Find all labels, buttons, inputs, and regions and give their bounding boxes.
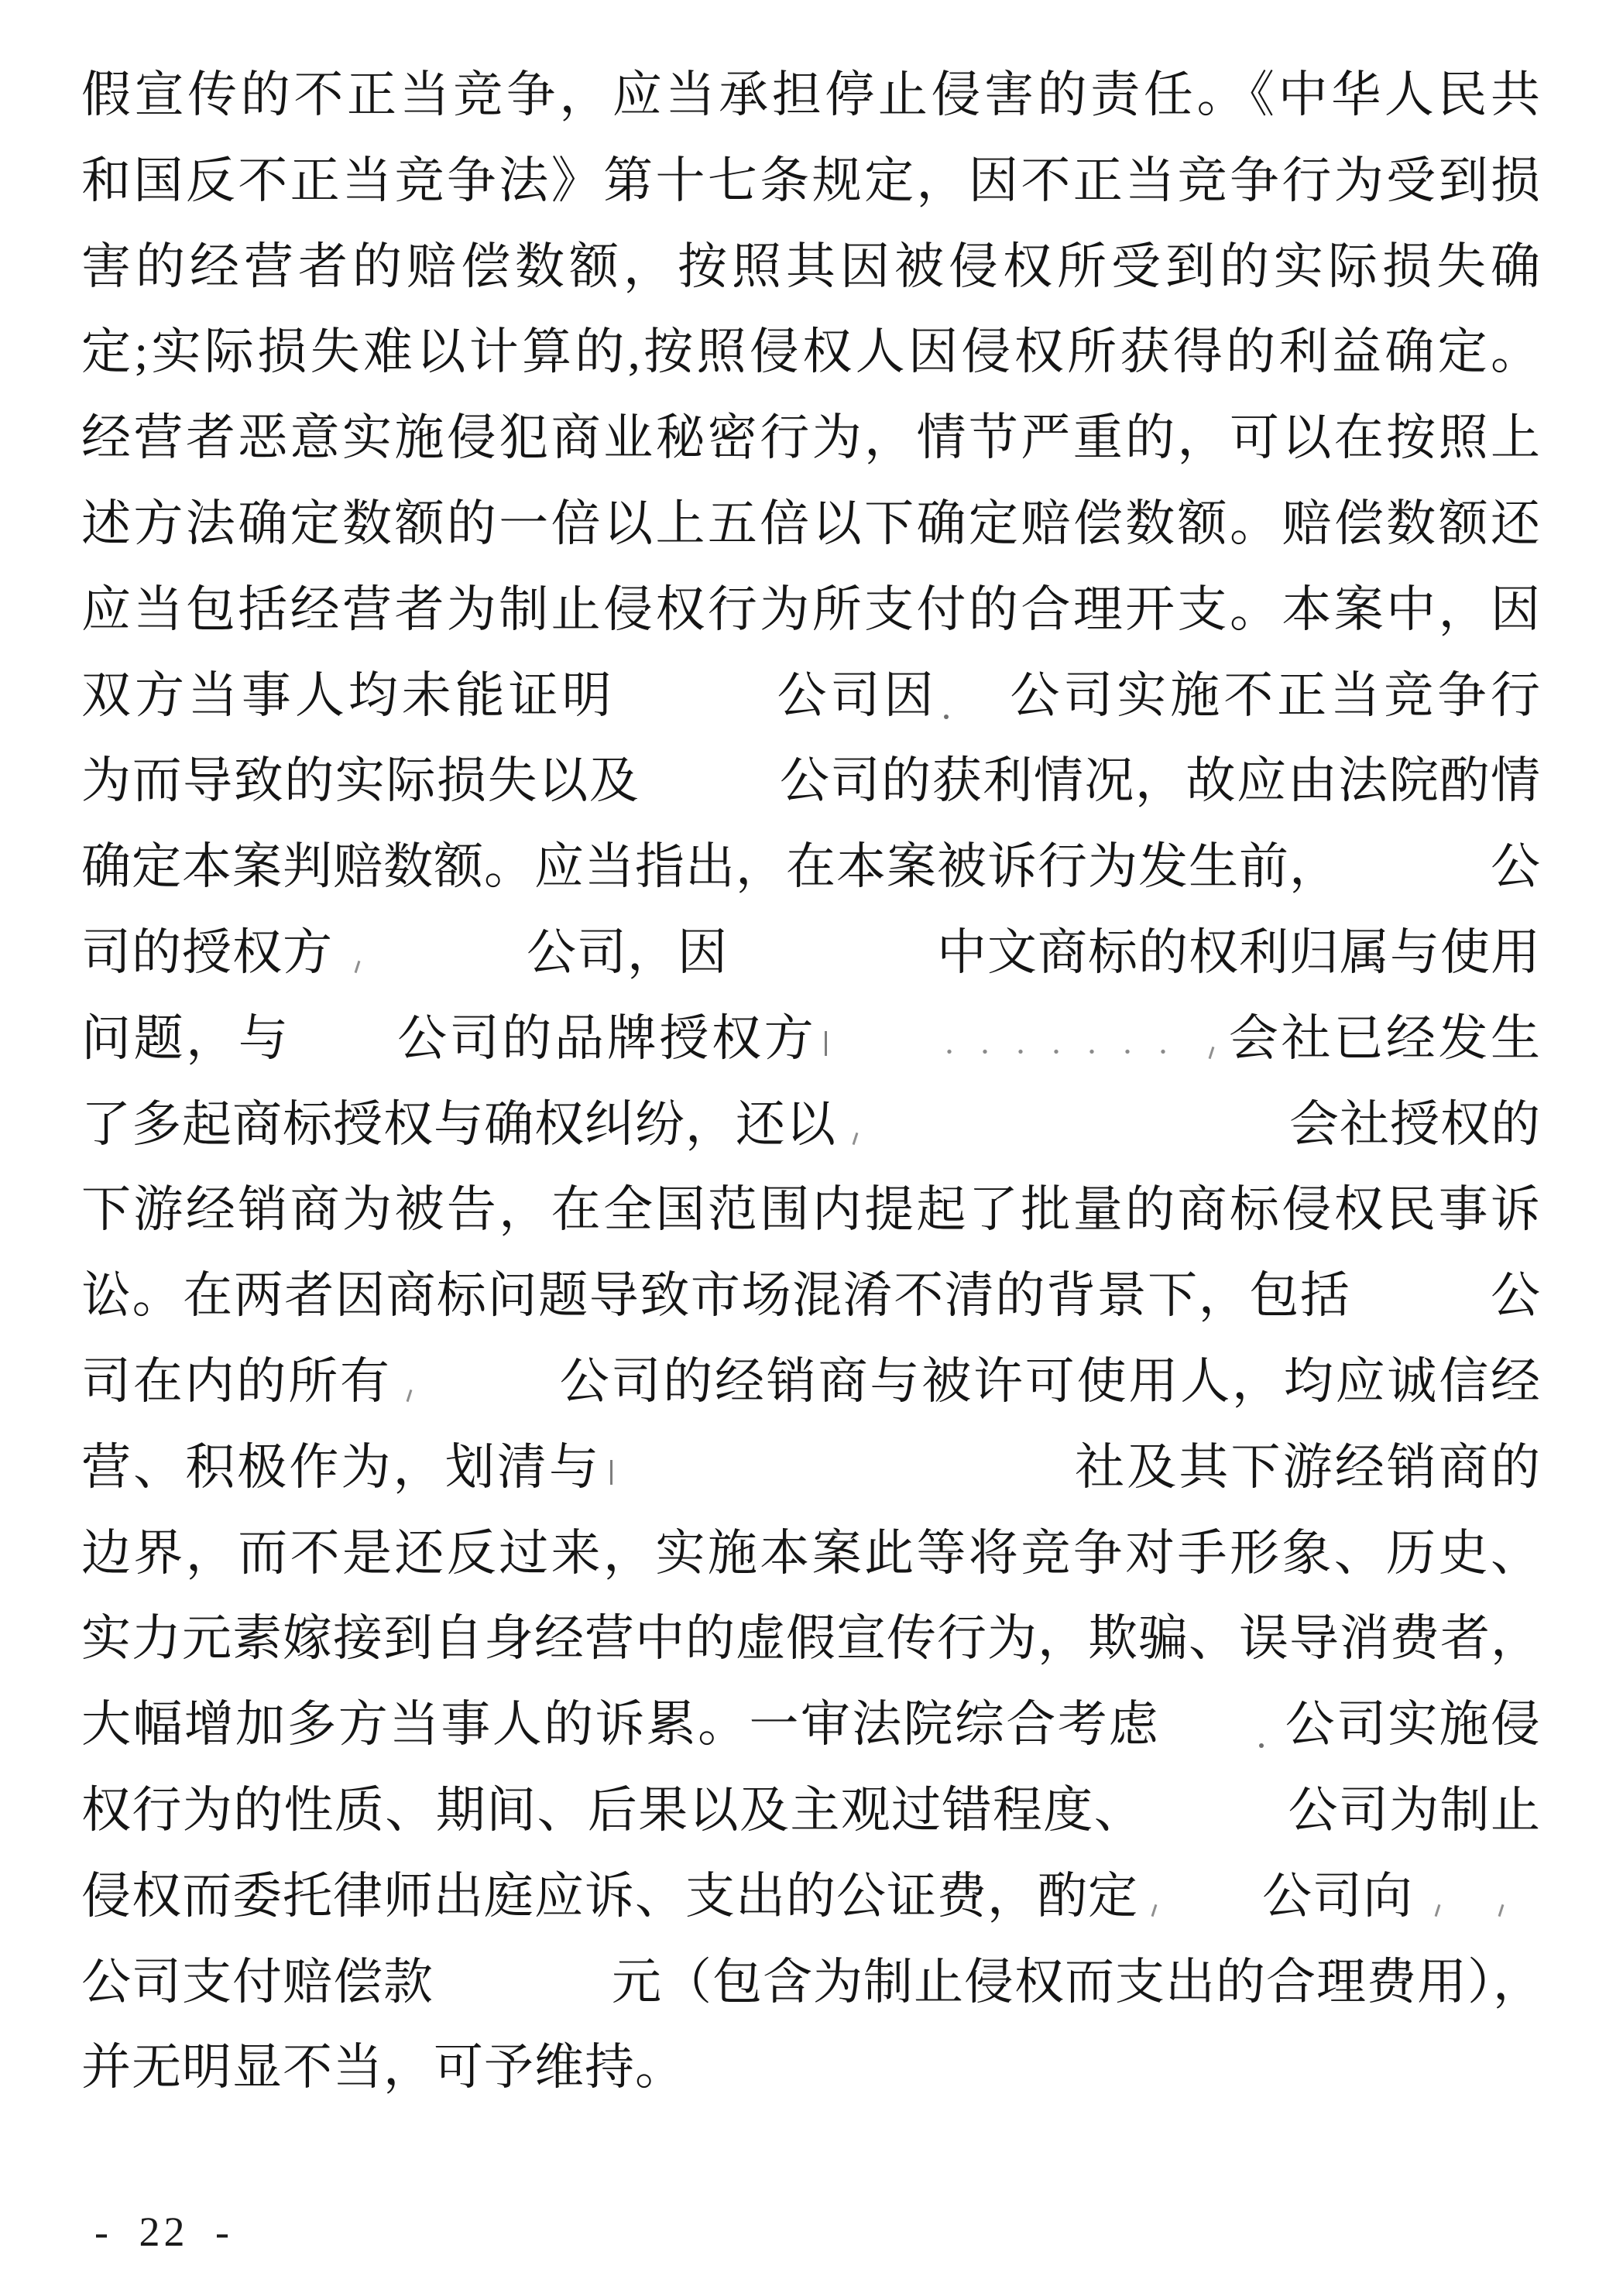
text-segment: 公司为制止 (1288, 1783, 1541, 1838)
text-segment: 确定本案判赔数额。应当指出，在本案被诉行为发生前， (81, 839, 1340, 894)
text-line: 下游经销商为被告，在全国范围内提起了批量的商标侵权民事诉 (81, 1167, 1541, 1253)
redaction-gap (1350, 1276, 1490, 1325)
redaction-residue-tick (407, 1390, 413, 1402)
redaction-gap (836, 1105, 1289, 1154)
redaction-residue-tick (1209, 1047, 1215, 1059)
text-line: 讼。在两者因商标问题导致市场混淆不清的背景下，包括公 (81, 1253, 1541, 1339)
text-segment: 公司的经销商与被许可使用人，均应诚信经 (558, 1354, 1541, 1409)
text-line: 问题，与公司的品牌授权方会社已经发生 (81, 996, 1541, 1082)
text-segment: 司在内的所有 (81, 1354, 392, 1409)
text-line: 为而导致的实际损失以及公司的获利情况，故应由法院酌情 (81, 738, 1541, 824)
text-segment: 公 (1491, 839, 1541, 894)
text-segment: 司的授权方 (81, 925, 333, 980)
page-footer: - 22 - (94, 2208, 233, 2256)
text-segment: 边界，而不是还反过来，实施本案此等将竞争对手形象、历史、 (81, 1526, 1541, 1581)
text-segment: 下游经销商为被告，在全国范围内提起了批量的商标侵权民事诉 (81, 1182, 1541, 1237)
redaction-gap (1160, 1705, 1284, 1754)
redaction-gap (434, 1962, 612, 2012)
text-segment: 述方法确定数额的一倍以上五倍以下确定赔偿数额。赔偿数额还 (81, 496, 1541, 551)
text-segment: 中文商标的权利归属与使用 (937, 925, 1541, 980)
text-line: 司在内的所有公司的经销商与被许可使用人，均应诚信经 (81, 1339, 1541, 1425)
redaction-residue-dots (932, 1049, 1169, 1054)
text-segment: 公 (1490, 1268, 1541, 1323)
text-line: 假宣传的不正当竞争，应当承担停止侵害的责任。《中华人民共 (81, 53, 1541, 139)
redaction-gap (1340, 847, 1491, 896)
text-line: 定;实际损失难以计算的,按照侵权人因侵权所获得的利益确定。 (81, 310, 1541, 396)
text-segment: 了多起商标授权与确权纠纷，还以 (81, 1097, 836, 1152)
redaction-residue-tick (1151, 1904, 1158, 1917)
judgment-text-block: 假宣传的不正当竞争，应当承担停止侵害的责任。《中华人民共和国反不正当竞争法》第十… (81, 53, 1541, 2111)
redaction-gap (291, 1019, 396, 1068)
text-segment: 公司支付赔偿款 (81, 1955, 434, 2010)
redaction-gap (640, 762, 779, 811)
text-segment: 害的经营者的赔偿数额，按照其因被侵权所受到的实际损失确 (81, 239, 1541, 294)
redaction-gap (1144, 1791, 1288, 1840)
text-segment: 公司实施侵 (1284, 1697, 1541, 1752)
redaction-residue-tick (355, 961, 361, 973)
redaction-residue-tick (1434, 1904, 1440, 1917)
redaction-gap (937, 676, 1007, 725)
text-segment: 假宣传的不正当竞争，应当承担停止侵害的责任。《中华人民共 (81, 67, 1541, 122)
text-segment: 并无明显不当，可予维持。 (81, 2040, 685, 2095)
redaction-residue-tick (853, 1133, 859, 1145)
text-line: 公司支付赔偿款元（包含为制止侵权而支出的合理费用）， (81, 1940, 1541, 2026)
redaction-residue-bar (825, 1031, 827, 1056)
redaction-residue-dot (944, 715, 949, 719)
text-line: 害的经营者的赔偿数额，按照其因被侵权所受到的实际损失确 (81, 224, 1541, 310)
text-line: 双方当事人均未能证明公司因公司实施不正当竞争行 (81, 653, 1541, 739)
redaction-gap (333, 933, 527, 982)
text-segment: 元（包含为制止侵权而支出的合理费用）， (612, 1955, 1543, 2010)
text-segment: 为而导致的实际损失以及 (81, 753, 640, 808)
text-segment: 会社已经发生 (1227, 1011, 1541, 1066)
text-segment: 实力元素嫁接到自身经营中的虚假宣传行为，欺骗、误导消费者， (81, 1611, 1541, 1666)
redaction-residue-dot (1259, 1743, 1264, 1748)
page-number: - 22 - (94, 2209, 233, 2255)
text-segment: 权行为的性质、期间、后果以及主观过错程度、 (81, 1783, 1144, 1838)
text-segment: 会社授权的 (1289, 1097, 1541, 1152)
text-line: 并无明显不当，可予维持。 (81, 2025, 1541, 2111)
redaction-gap (1138, 1876, 1262, 1926)
redaction-gap (601, 1448, 1073, 1497)
text-segment: 大幅增加多方当事人的诉累。一审法院综合考虑 (81, 1697, 1160, 1752)
text-line: 营、积极作为，划清与社及其下游经销商的 (81, 1425, 1541, 1511)
text-line: 司的授权方公司，因中文商标的权利归属与使用 (81, 910, 1541, 996)
text-segment: 公司因 (774, 668, 938, 723)
redaction-residue-bar (610, 1460, 612, 1485)
text-line: 述方法确定数额的一倍以上五倍以下确定赔偿数额。赔偿数额还 (81, 481, 1541, 567)
text-segment: 公司实施不正当竞争行 (1007, 668, 1541, 723)
text-segment: 和国反不正当竞争法》第十七条规定，因不正当竞争行为受到损 (81, 153, 1541, 208)
redaction-gap (392, 1362, 558, 1411)
text-segment: 社及其下游经销商的 (1073, 1440, 1541, 1495)
text-segment: 问题，与 (81, 1011, 291, 1066)
redaction-gap (616, 676, 774, 725)
redaction-residue-tick (1498, 1904, 1505, 1917)
text-segment: 讼。在两者因商标问题导致市场混淆不清的背景下，包括 (81, 1268, 1350, 1323)
text-line: 侵权而委托律师出庭应诉、支出的公证费，酌定公司向 (81, 1854, 1541, 1940)
text-line: 权行为的性质、期间、后果以及主观过错程度、公司为制止 (81, 1768, 1541, 1854)
text-segment: 公司向 (1262, 1869, 1413, 1924)
redaction-gap (728, 933, 937, 982)
text-line: 确定本案判赔数额。应当指出，在本案被诉行为发生前，公 (81, 824, 1541, 910)
text-segment: 定;实际损失难以计算的,按照侵权人因侵权所获得的利益确定。 (81, 324, 1541, 379)
redaction-gap (1413, 1876, 1541, 1926)
text-line: 大幅增加多方当事人的诉累。一审法院综合考虑公司实施侵 (81, 1682, 1541, 1768)
text-segment: 双方当事人均未能证明 (81, 668, 616, 723)
scanned-judgment-page: 假宣传的不正当竞争，应当承担停止侵害的责任。《中华人民共和国反不正当竞争法》第十… (0, 0, 1623, 2296)
text-line: 应当包括经营者为制止侵权行为所支付的合理开支。本案中，因 (81, 567, 1541, 653)
text-segment: 公司的品牌授权方 (396, 1011, 817, 1066)
text-line: 实力元素嫁接到自身经营中的虚假宣传行为，欺骗、误导消费者， (81, 1596, 1541, 1682)
text-segment: 经营者恶意实施侵犯商业秘密行为，情节严重的，可以在按照上 (81, 410, 1541, 465)
text-segment: 应当包括经营者为制止侵权行为所支付的合理开支。本案中，因 (81, 582, 1541, 637)
text-line: 和国反不正当竞争法》第十七条规定，因不正当竞争行为受到损 (81, 139, 1541, 224)
text-segment: 公司的获利情况，故应由法院酌情 (779, 753, 1541, 808)
text-segment: 公司，因 (527, 925, 728, 980)
text-segment: 侵权而委托律师出庭应诉、支出的公证费，酌定 (81, 1869, 1138, 1924)
redaction-gap (816, 1019, 1227, 1068)
text-line: 边界，而不是还反过来，实施本案此等将竞争对手形象、历史、 (81, 1511, 1541, 1597)
text-line: 了多起商标授权与确权纠纷，还以会社授权的 (81, 1082, 1541, 1168)
text-line: 经营者恶意实施侵犯商业秘密行为，情节严重的，可以在按照上 (81, 396, 1541, 481)
text-segment: 营、积极作为，划清与 (81, 1440, 601, 1495)
